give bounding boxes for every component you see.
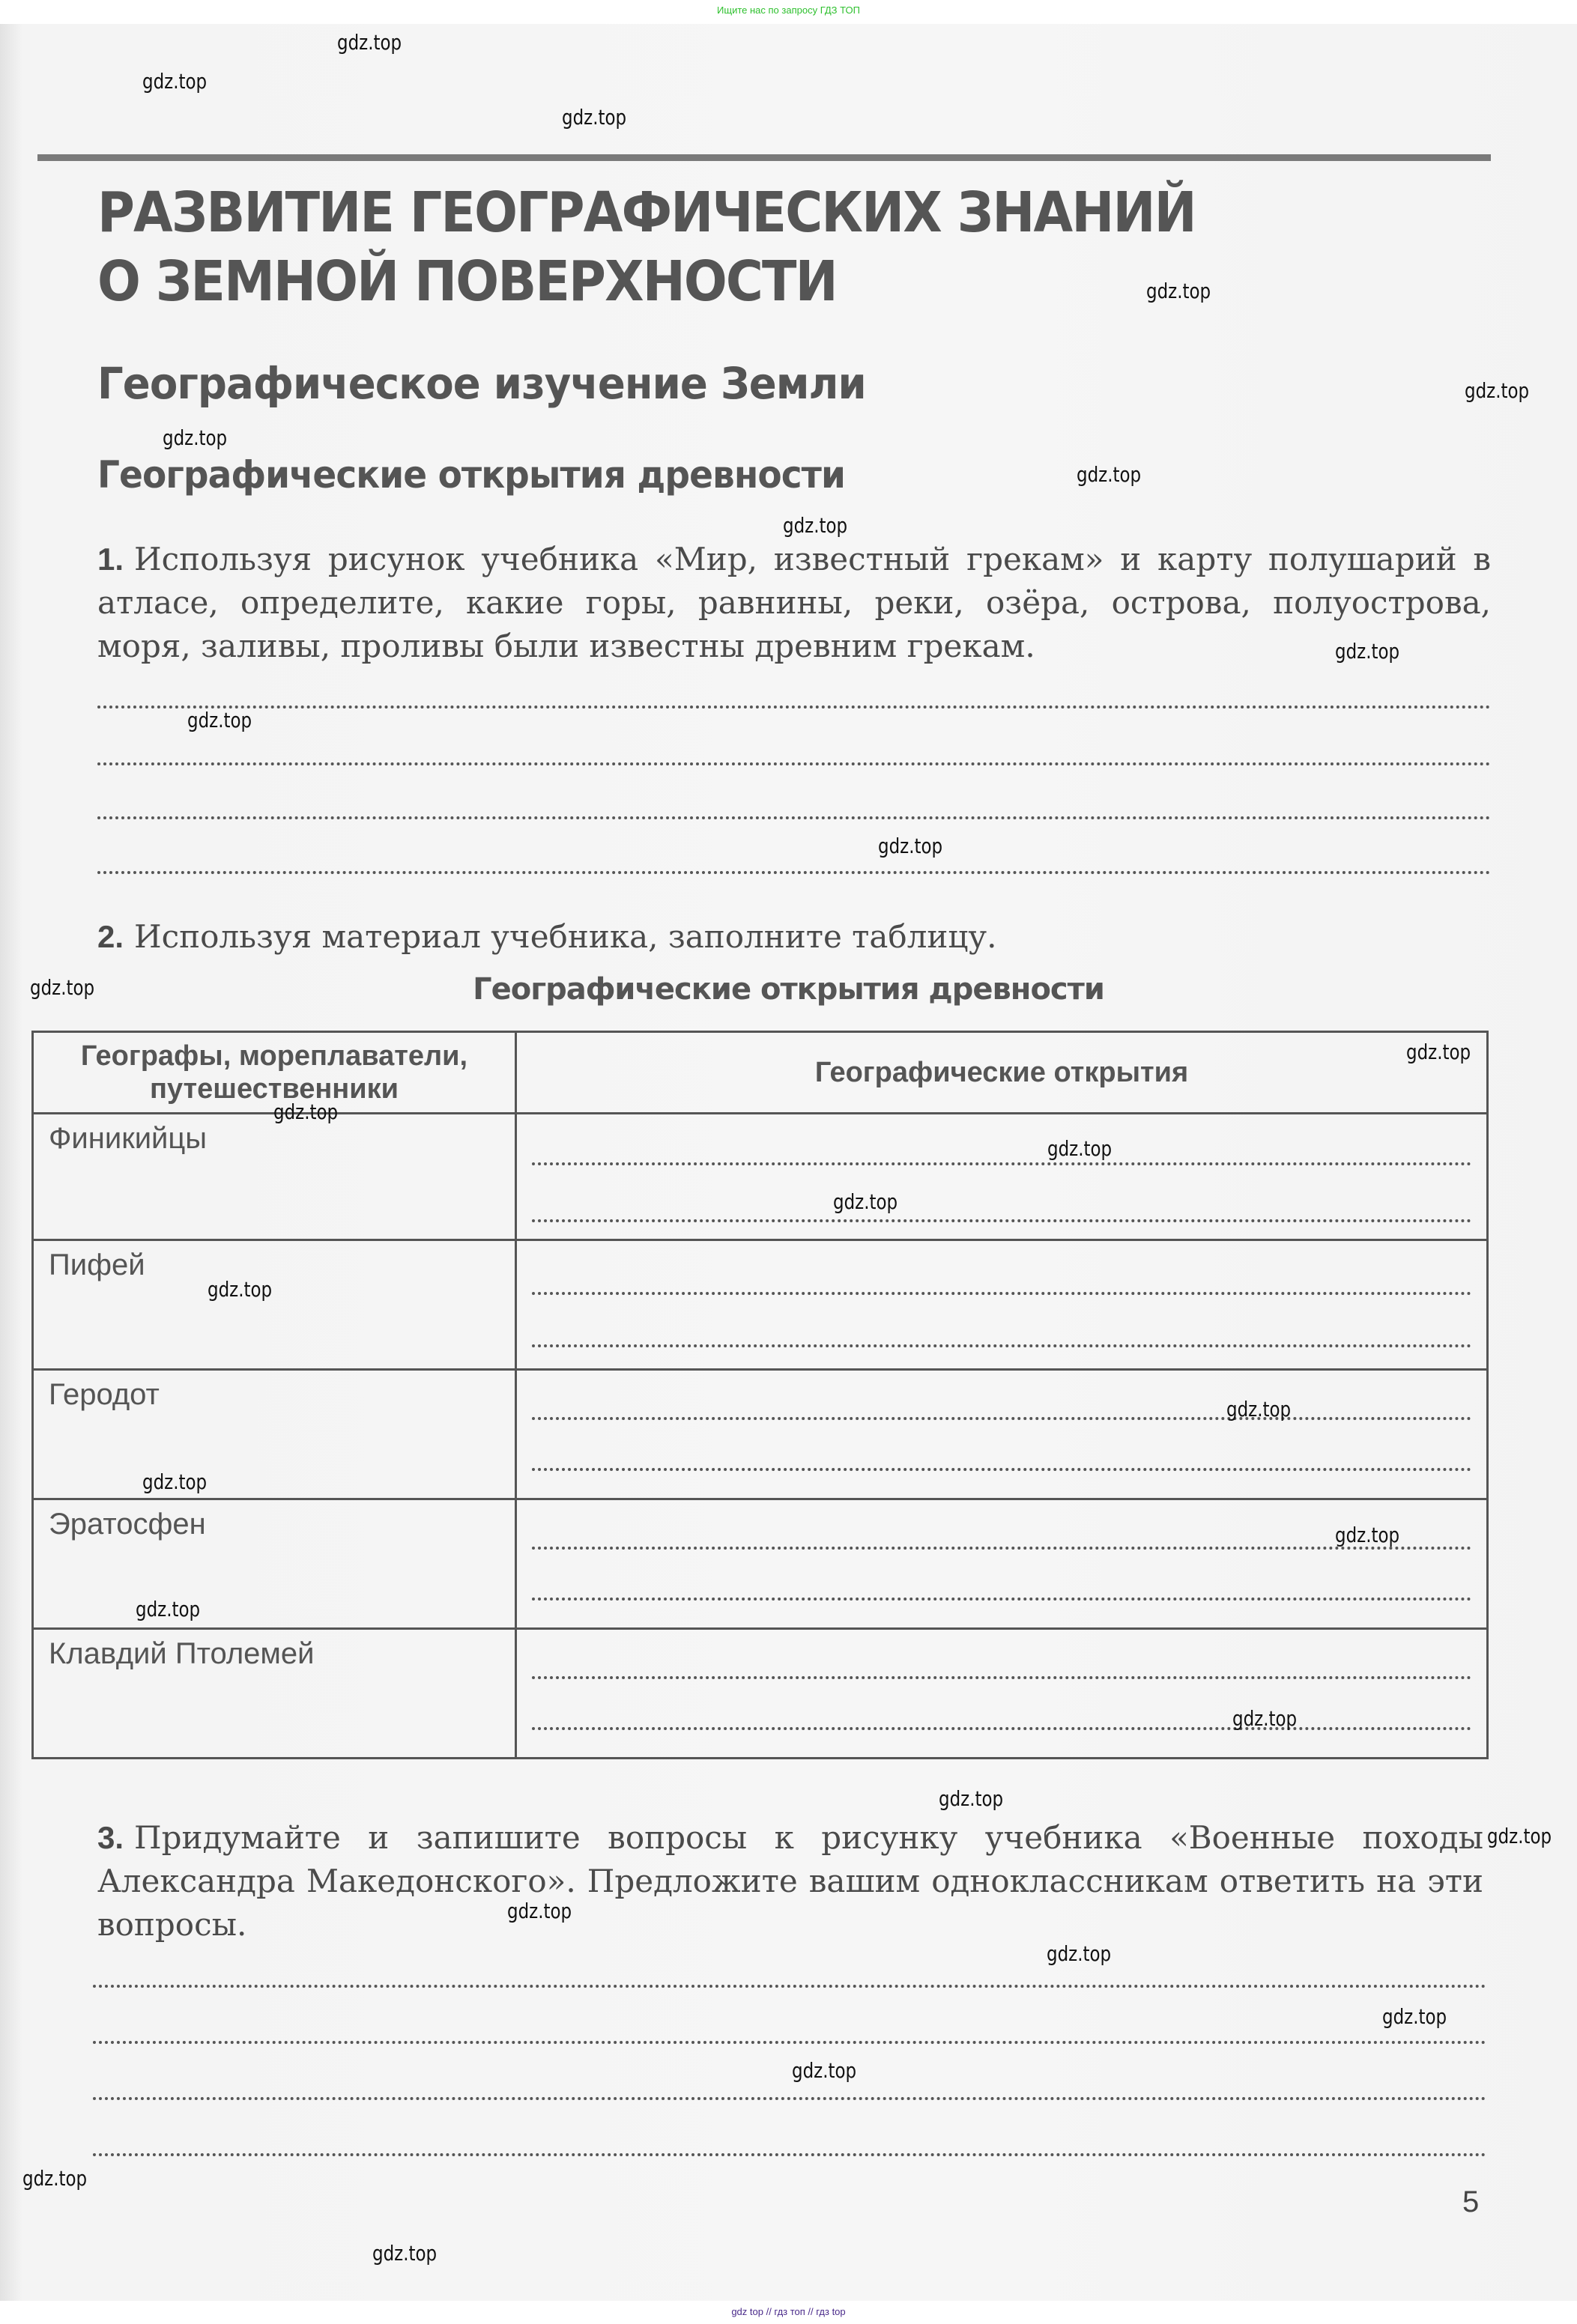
- row-name: Эратосфен: [33, 1499, 516, 1629]
- watermark: gdz.top: [939, 1786, 1003, 1811]
- task-2-text: Используя материал учебника, заполните т…: [134, 918, 996, 955]
- task-2: 2.Используя материал учебника, заполните…: [97, 915, 1491, 959]
- top-banner: Ищите нас по запросу ГДЗ ТОП: [0, 0, 1577, 24]
- top-banner-text: Ищите нас по запросу ГДЗ ТОП: [717, 4, 860, 16]
- answer-line[interactable]: [93, 1985, 1486, 1988]
- table-row: Клавдий Птолемей: [33, 1629, 1488, 1759]
- watermark: gdz.top: [1465, 378, 1529, 403]
- table-header-row: Географы, мореплаватели, путешественники…: [33, 1032, 1488, 1114]
- answer-line[interactable]: [532, 1417, 1471, 1420]
- answer-cell[interactable]: [516, 1240, 1488, 1370]
- answer-line[interactable]: [93, 2041, 1486, 2044]
- answer-line[interactable]: [532, 1547, 1471, 1550]
- column-header-discoveries: Географические открытия: [516, 1032, 1488, 1114]
- watermark: gdz.top: [833, 1189, 898, 1214]
- answer-line[interactable]: [97, 706, 1491, 709]
- bottom-banner-text: gdz top // гдз топ // гдз top: [731, 2306, 845, 2317]
- watermark: gdz.top: [1077, 462, 1141, 487]
- watermark: gdz.top: [30, 975, 94, 1000]
- task-1: 1.Используя рисунок учебника «Мир, извес…: [97, 538, 1491, 668]
- task-1-text: Используя рисунок учебника «Мир, известн…: [97, 541, 1491, 664]
- chapter-title-line-1: РАЗВИТИЕ ГЕОГРАФИЧЕСКИХ ЗНАНИЙ: [97, 180, 1196, 245]
- table-row: Эратосфен: [33, 1499, 1488, 1629]
- watermark: gdz.top: [136, 1597, 200, 1621]
- watermark: gdz.top: [1406, 1040, 1471, 1064]
- watermark: gdz.top: [1047, 1941, 1111, 1966]
- task-3-number: 3.: [97, 1820, 124, 1855]
- answer-cell[interactable]: [516, 1629, 1488, 1759]
- task-2-number: 2.: [97, 919, 124, 954]
- watermark: gdz.top: [1382, 2004, 1447, 2029]
- watermark: gdz.top: [372, 2241, 437, 2266]
- watermark: gdz.top: [208, 1277, 272, 1302]
- header-rule: [37, 154, 1491, 161]
- answer-line[interactable]: [532, 1598, 1471, 1601]
- discoveries-table: Географы, мореплаватели, путешественники…: [31, 1031, 1489, 1759]
- answer-line[interactable]: [532, 1468, 1471, 1471]
- bottom-banner: gdz top // гдз топ // гдз top: [0, 2301, 1577, 2324]
- answer-line[interactable]: [93, 2097, 1486, 2100]
- watermark: gdz.top: [1335, 639, 1399, 664]
- row-name: Геродот: [33, 1370, 516, 1499]
- answer-line[interactable]: [532, 1727, 1471, 1730]
- row-name: Клавдий Птолемей: [33, 1629, 516, 1759]
- page-number: 5: [1462, 2185, 1479, 2219]
- watermark: gdz.top: [1146, 279, 1211, 303]
- answer-line[interactable]: [532, 1162, 1471, 1165]
- watermark: gdz.top: [142, 1469, 207, 1494]
- row-name: Финикийцы: [33, 1114, 516, 1240]
- watermark: gdz.top: [1226, 1397, 1291, 1422]
- task-3: 3.Придумайте и запишите вопросы к рисунк…: [97, 1816, 1483, 1947]
- watermark: gdz.top: [187, 708, 252, 732]
- table-row: Геродот: [33, 1370, 1488, 1499]
- watermark: gdz.top: [792, 2058, 856, 2083]
- section-title: Географическое изучение Земли: [97, 358, 866, 409]
- answer-line[interactable]: [532, 1676, 1471, 1679]
- watermark: gdz.top: [142, 69, 207, 94]
- task-3-text: Придумайте и запишите вопросы к рисунку …: [97, 1819, 1483, 1943]
- answer-cell[interactable]: [516, 1499, 1488, 1629]
- watermark: gdz.top: [337, 30, 402, 55]
- table-caption: Географические открытия древности: [0, 972, 1577, 1007]
- answer-line[interactable]: [532, 1219, 1471, 1222]
- watermark: gdz.top: [562, 105, 626, 130]
- answer-line[interactable]: [97, 871, 1491, 874]
- chapter-title-line-2: О ЗЕМНОЙ ПОВЕРХНОСТИ: [97, 249, 837, 314]
- subsection-title: Географические открытия древности: [97, 453, 845, 497]
- task-1-number: 1.: [97, 541, 124, 577]
- watermark: gdz.top: [1487, 1824, 1552, 1848]
- watermark: gdz.top: [273, 1099, 338, 1124]
- answer-cell[interactable]: [516, 1370, 1488, 1499]
- watermark: gdz.top: [22, 2166, 87, 2191]
- answer-line[interactable]: [97, 762, 1491, 765]
- row-name: Пифей: [33, 1240, 516, 1370]
- watermark: gdz.top: [1047, 1136, 1112, 1161]
- table-row: Пифей: [33, 1240, 1488, 1370]
- table-row: Финикийцы: [33, 1114, 1488, 1240]
- watermark: gdz.top: [1232, 1706, 1297, 1731]
- answer-line[interactable]: [532, 1344, 1471, 1347]
- watermark: gdz.top: [783, 513, 847, 538]
- watermark: gdz.top: [507, 1899, 572, 1923]
- watermark: gdz.top: [878, 834, 942, 858]
- watermark: gdz.top: [163, 425, 227, 450]
- watermark: gdz.top: [1335, 1523, 1399, 1547]
- chapter-title: РАЗВИТИЕ ГЕОГРАФИЧЕСКИХ ЗНАНИЙ О ЗЕМНОЙ …: [97, 178, 1196, 316]
- answer-line[interactable]: [97, 816, 1491, 819]
- answer-line[interactable]: [93, 2153, 1486, 2156]
- answer-line[interactable]: [532, 1292, 1471, 1295]
- answer-cell[interactable]: [516, 1114, 1488, 1240]
